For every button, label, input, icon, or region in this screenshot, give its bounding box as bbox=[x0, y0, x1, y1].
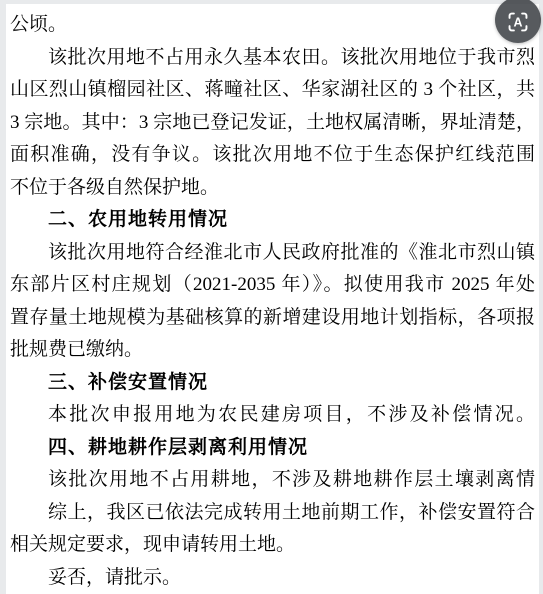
section-heading: 四、耕地耕作层剥离利用情况 bbox=[10, 432, 535, 465]
document-line: 综上，我区已依法完成转用土地前期工作，补偿安置符合 bbox=[10, 497, 535, 530]
document-line: 该批次用地不占用耕地，不涉及耕地耕作层土壤剥离情况。 bbox=[10, 464, 535, 497]
document-viewer: 公顷。 该批次用地不占用永久基本农田。该批次用地位于我市烈 山区烈山镇榴园社区、… bbox=[0, 0, 543, 594]
svg-text:A: A bbox=[514, 16, 523, 30]
document-line: 公顷。 bbox=[10, 9, 535, 42]
document-line: 该批次用地符合经淮北市人民政府批准的《淮北市烈山镇 bbox=[10, 237, 535, 270]
document-line: 置存量土地规模为基础核算的新增建设用地计划指标，各项报 bbox=[10, 302, 535, 335]
document-line: 3 宗地。其中：3 宗地已登记发证，土地权属清晰，界址清楚， bbox=[10, 107, 535, 140]
section-heading: 二、农用地转用情况 bbox=[10, 204, 535, 237]
document-line: 妥否，请批示。 bbox=[10, 562, 535, 594]
document-line: 相关规定要求，现申请转用土地。 bbox=[10, 529, 535, 562]
document-line: 东部片区村庄规划（2021-2035 年）》。拟使用我市 2025 年处 bbox=[10, 269, 535, 302]
section-heading: 三、补偿安置情况 bbox=[10, 367, 535, 400]
document-line: 面积准确，没有争议。该批次用地不位于生态保护红线范围内、 bbox=[10, 139, 535, 172]
document-body: 公顷。 该批次用地不占用永久基本农田。该批次用地位于我市烈 山区烈山镇榴园社区、… bbox=[10, 9, 535, 594]
document-line: 山区烈山镇榴园社区、蒋疃社区、华家湖社区的 3 个社区，共 bbox=[10, 74, 535, 107]
document-page: 公顷。 该批次用地不占用永久基本农田。该批次用地位于我市烈 山区烈山镇榴园社区、… bbox=[6, 4, 539, 594]
document-line: 本批次申报用地为农民建房项目，不涉及补偿情况。 bbox=[10, 399, 535, 432]
document-line: 不位于各级自然保护地。 bbox=[10, 172, 535, 205]
document-line: 批规费已缴纳。 bbox=[10, 334, 535, 367]
text-recognition-icon: A bbox=[505, 9, 531, 35]
document-line: 该批次用地不占用永久基本农田。该批次用地位于我市烈 bbox=[10, 42, 535, 75]
